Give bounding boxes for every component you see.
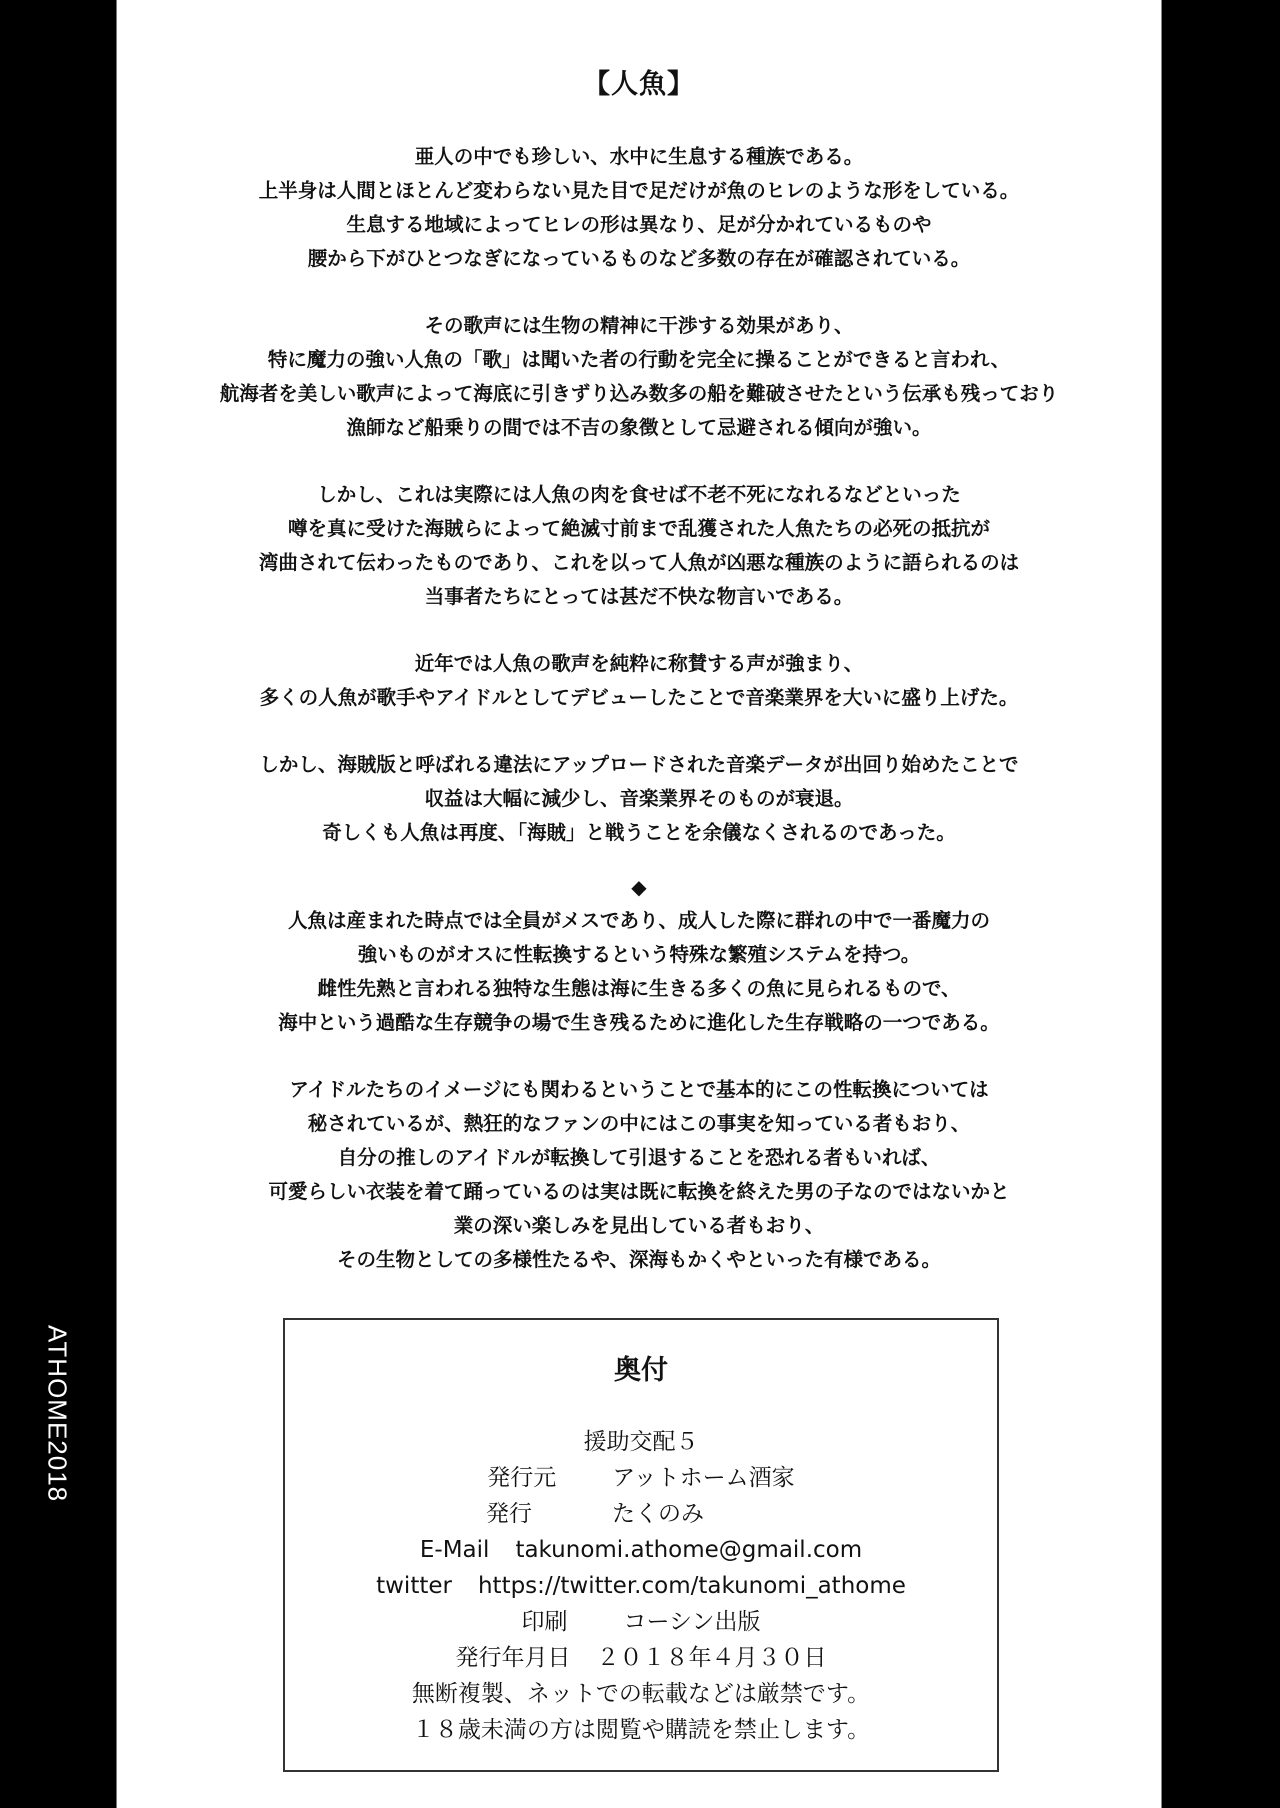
book-title: 援助交配５ — [285, 1424, 997, 1460]
colophon-title: 奥付 — [285, 1348, 997, 1387]
text-line: 雌性先熟と言われる独特な生態は海に生きる多くの魚に見られるもので、 — [117, 972, 1161, 1006]
issuer-value: たくのみ — [612, 1501, 704, 1527]
paragraph: 近年では人魚の歌声を純粋に称賛する声が強まり、 多くの人魚が歌手やアイドルとして… — [117, 647, 1161, 715]
twitter-row: twitterhttps://twitter.com/takunomi_atho… — [285, 1568, 997, 1604]
text-line: 秘されているが、熱狂的なファンの中にはこの事実を知っている者もおり、 — [117, 1107, 1161, 1141]
text-line: 奇しくも人魚は再度、「海賊」と戦うことを余儀なくされるのであった。 — [117, 816, 1161, 850]
text-line: 上半身は人間とほとんど変わらない見た目で足だけが魚のヒレのような形をしている。 — [117, 174, 1161, 208]
page-title: 【人魚】 — [117, 62, 1161, 101]
text-line: その生物としての多様性たるや、深海もかくやといった有様である。 — [117, 1243, 1161, 1277]
date-value: ２０１８年４月３０日 — [597, 1645, 827, 1671]
text-line: 腰から下がひとつなぎになっているものなど多数の存在が確認されている。 — [117, 242, 1161, 276]
publisher-label: 発行元 — [487, 1465, 556, 1491]
right-black-margin — [1162, 0, 1280, 1808]
paragraph: しかし、海賊版と呼ばれる違法にアップロードされた音楽データが出回り始めたことで … — [117, 748, 1161, 850]
text-line: しかし、海賊版と呼ばれる違法にアップロードされた音楽データが出回り始めたことで — [117, 748, 1161, 782]
issuer-row: 発行たくのみ — [285, 1496, 997, 1532]
text-line: 収益は大幅に減少し、音楽業界そのものが衰退。 — [117, 782, 1161, 816]
text-line: 可愛らしい衣装を着て踊っているのは実は既に転換を終えた男の子なのではないかと — [117, 1175, 1161, 1209]
text-line: 生息する地域によってヒレの形は異なり、足が分かれているものや — [117, 208, 1161, 242]
printer-row: 印刷コーシン出版 — [285, 1604, 997, 1640]
text-line: 多くの人魚が歌手やアイドルとしてデビューしたことで音楽業界を大いに盛り上げた。 — [117, 681, 1161, 715]
paragraph: その歌声には生物の精神に干渉する効果があり、 特に魔力の強い人魚の「歌」は聞いた… — [117, 309, 1161, 445]
text-line: 湾曲されて伝わったものであり、これを以って人魚が凶悪な種族のように語られるのは — [117, 546, 1161, 580]
email-label: E-Mail — [420, 1537, 490, 1563]
text-line: 亜人の中でも珍しい、水中に生息する種族である。 — [117, 140, 1161, 174]
text-line: 強いものがオスに性転換するという特殊な繁殖システムを持つ。 — [117, 938, 1161, 972]
publisher-row: 発行元アットホーム酒家 — [285, 1460, 997, 1496]
text-line: 当事者たちにとっては甚だ不快な物言いである。 — [117, 580, 1161, 614]
paragraph: アイドルたちのイメージにも関わるということで基本的にこの性転換については 秘され… — [117, 1073, 1161, 1277]
colophon-details: 援助交配５ 発行元アットホーム酒家 発行たくのみ E-Mailtakunomi.… — [285, 1424, 997, 1748]
notice-reproduction: 無断複製、ネットでの転載などは厳禁です。 — [285, 1676, 997, 1712]
text-line: 自分の推しのアイドルが転換して引退することを恐れる者もいれば、 — [117, 1141, 1161, 1175]
side-label: ATHOME2018 — [42, 1325, 73, 1502]
paragraph: 亜人の中でも珍しい、水中に生息する種族である。 上半身は人間とほとんど変わらない… — [117, 140, 1161, 276]
text-line: 航海者を美しい歌声によって海底に引きずり込み数多の船を難破させたという伝承も残っ… — [117, 377, 1161, 411]
email-value: takunomi.athome@gmail.com — [515, 1537, 862, 1563]
twitter-link: https://twitter.com/takunomi_athome — [478, 1573, 906, 1599]
date-row: 発行年月日２０１８年４月３０日 — [285, 1640, 997, 1676]
left-black-margin: ATHOME2018 — [0, 0, 116, 1808]
text-line: アイドルたちのイメージにも関わるということで基本的にこの性転換については — [117, 1073, 1161, 1107]
printer-label: 印刷 — [522, 1609, 568, 1635]
issuer-label: 発行 — [486, 1501, 532, 1527]
text-line: しかし、これは実際には人魚の肉を食せば不老不死になれるなどといった — [117, 478, 1161, 512]
paragraph: 人魚は産まれた時点では全員がメスであり、成人した際に群れの中で一番魔力の 強いも… — [117, 904, 1161, 1040]
diamond-separator-icon: ◆ — [117, 870, 1161, 904]
article-body: 亜人の中でも珍しい、水中に生息する種族である。 上半身は人間とほとんど変わらない… — [117, 140, 1161, 1310]
text-line: 業の深い楽しみを見出している者もおり、 — [117, 1209, 1161, 1243]
publisher-value: アットホーム酒家 — [612, 1465, 794, 1491]
notice-age-restriction: １８歳未満の方は閲覧や購読を禁止します。 — [285, 1712, 997, 1748]
email-row: E-Mailtakunomi.athome@gmail.com — [285, 1532, 997, 1568]
text-line: 近年では人魚の歌声を純粋に称賛する声が強まり、 — [117, 647, 1161, 681]
paragraph: しかし、これは実際には人魚の肉を食せば不老不死になれるなどといった 噂を真に受け… — [117, 478, 1161, 614]
colophon-box: 奥付 援助交配５ 発行元アットホーム酒家 発行たくのみ E-Mailtakuno… — [283, 1318, 999, 1772]
text-line: 人魚は産まれた時点では全員がメスであり、成人した際に群れの中で一番魔力の — [117, 904, 1161, 938]
text-line: 海中という過酷な生存競争の場で生き残るために進化した生存戦略の一つである。 — [117, 1006, 1161, 1040]
document-page: 【人魚】 亜人の中でも珍しい、水中に生息する種族である。 上半身は人間とほとんど… — [116, 0, 1162, 1808]
text-line: 特に魔力の強い人魚の「歌」は聞いた者の行動を完全に操ることができると言われ、 — [117, 343, 1161, 377]
printer-value: コーシン出版 — [624, 1609, 761, 1635]
twitter-label: twitter — [376, 1573, 452, 1599]
text-line: 漁師など船乗りの間では不吉の象徴として忌避される傾向が強い。 — [117, 411, 1161, 445]
text-line: 噂を真に受けた海賊らによって絶滅寸前まで乱獲された人魚たちの必死の抵抗が — [117, 512, 1161, 546]
text-line: その歌声には生物の精神に干渉する効果があり、 — [117, 309, 1161, 343]
date-label: 発行年月日 — [456, 1645, 571, 1671]
